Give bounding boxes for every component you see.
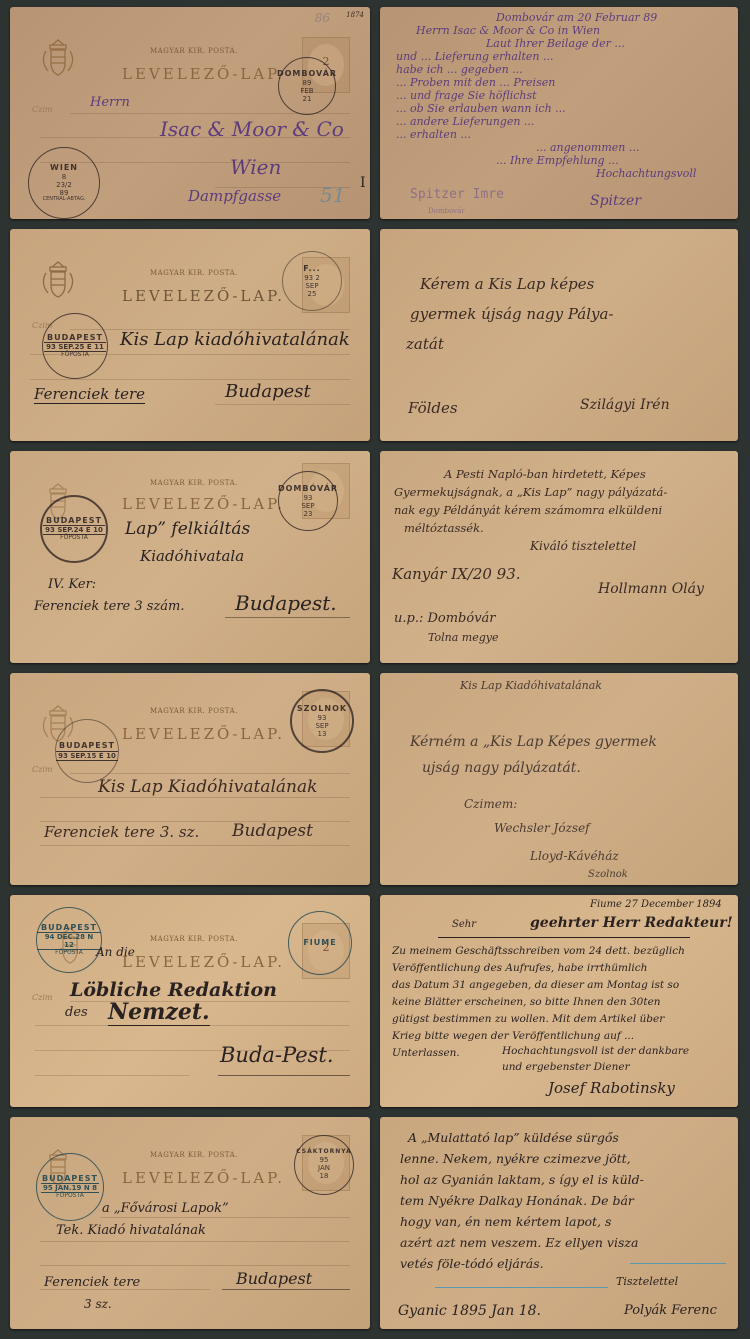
- address-street: Ferenciek tere 3. sz.: [44, 823, 199, 841]
- blue-underline: [435, 1287, 608, 1288]
- postmark-origin: CSÁKTORNYA 95 JAN 18: [294, 1135, 354, 1195]
- address-line: [100, 1217, 350, 1218]
- coat-of-arms-icon: [38, 37, 78, 81]
- postcard-4-back: Kis Lap Kiadóhivatalának Kérném a „Kis L…: [380, 673, 738, 885]
- title-levelezo-lap: LEVELEZŐ-LAP.: [122, 953, 285, 971]
- header-magyar-kir-posta: MAGYAR KIR. POSTA.: [150, 269, 238, 277]
- postcard-2-back: Kérem a Kis Lap képes gyermek újság nagy…: [380, 229, 738, 441]
- address-herrn: Herrn: [90, 95, 130, 110]
- message-text: A „Mulattató lap” küldése sürgős lenne. …: [400, 1127, 726, 1274]
- header-magyar-kir-posta: MAGYAR KIR. POSTA.: [150, 707, 238, 715]
- signature: Szilágyi Irén: [580, 397, 670, 413]
- address-newspaper: Nemzet.: [108, 999, 210, 1026]
- address-line: [225, 617, 350, 618]
- address-label: Czim: [32, 765, 52, 774]
- postmark-wien: WIEN 8 23/2 89 CENTRAL-ABTAG.: [28, 147, 100, 219]
- header-magyar-kir-posta: MAGYAR KIR. POSTA.: [150, 1151, 238, 1159]
- message-text: Kérném a „Kis Lap Képes gyermek ujság na…: [410, 729, 726, 781]
- closing: Tisztelettel: [616, 1275, 678, 1288]
- address-recipient: Löbliche Redaktion: [70, 979, 277, 1001]
- address-label: Czim: [32, 105, 52, 114]
- address-label: Czimem:: [464, 797, 517, 811]
- postcard-1-back: Dombovár am 20 Februar 89 Herrn Isac & M…: [380, 7, 738, 219]
- county: Tolna megye: [428, 631, 498, 644]
- postmark-szolnok: SZOLNOK 93 SEP 13: [290, 689, 354, 753]
- coat-of-arms-icon: [38, 259, 78, 303]
- house-number-pencil: 51: [320, 183, 345, 207]
- address-city: Budapest: [232, 821, 313, 841]
- address-recipient: Isac & Moor & Co: [160, 117, 344, 141]
- sender-rubber-stamp: Spitzer Imre: [410, 187, 504, 202]
- postmark-dombovar: DOMBÓVÁR 93 SEP 23: [278, 471, 338, 531]
- header-magyar-kir-posta: MAGYAR KIR. POSTA.: [150, 935, 238, 943]
- signature: Josef Rabotinsky: [548, 1079, 675, 1097]
- address-label: Czim: [32, 993, 52, 1002]
- salutation-prefix: Sehr: [452, 919, 476, 930]
- postcard-5-back: Fiume 27 December 1894 Sehr geehrter Her…: [380, 895, 738, 1107]
- salutation: geehrter Herr Redakteur!: [530, 915, 733, 931]
- sender-stamp-town: Dombovár: [428, 207, 465, 215]
- address-des: des: [65, 1005, 88, 1020]
- address-recipient: Tek. Kiadó hivatalának: [56, 1223, 206, 1238]
- sender-city: Szolnok: [588, 869, 628, 880]
- postcard-5-front: MAGYAR KIR. POSTA. LEVELEZŐ-LAP. 2 FIUME…: [10, 895, 370, 1107]
- corner-pencil: 86: [315, 11, 330, 25]
- postcard-3-front: MAGYAR KIR. POSTA. LEVELEZŐ-LAP. DOMBÓVÁ…: [10, 451, 370, 663]
- title-levelezo-lap: LEVELEZŐ-LAP.: [122, 495, 285, 513]
- postcard-1-front: MAGYAR KIR. POSTA. LEVELEZŐ-LAP. 2 1874 …: [10, 7, 370, 219]
- address-city: Budapest: [225, 381, 311, 402]
- address-street: Ferenciek tere: [34, 385, 145, 404]
- sender-place: Földes: [408, 399, 458, 417]
- sender-name: Wechsler József: [494, 821, 590, 835]
- header-magyar-kir-posta: MAGYAR KIR. POSTA.: [150, 47, 238, 55]
- message-text: Dombovár am 20 Februar 89 Herrn Isac & M…: [396, 11, 726, 180]
- postcard-6-back: A „Mulattató lap” küldése sürgős lenne. …: [380, 1117, 738, 1329]
- address-street: Dampfgasse: [188, 187, 281, 205]
- title-levelezo-lap: LEVELEZŐ-LAP.: [122, 725, 285, 743]
- address-newspaper: a „Fővárosi Lapok”: [102, 1201, 229, 1216]
- postmark-budapest: BUDAPEST 95 JAN.19 N 8 FŐPOSTA: [36, 1153, 104, 1221]
- blue-underline: [630, 1263, 726, 1264]
- address-line: [215, 404, 350, 405]
- title-levelezo-lap: LEVELEZŐ-LAP.: [122, 287, 285, 305]
- message-text: A Pesti Napló-ban hirdetett, Képes Gyerm…: [394, 465, 726, 537]
- address-prefix: An die: [96, 945, 135, 959]
- message-text: Kérem a Kis Lap képes gyermek újság nagy…: [420, 269, 726, 359]
- place-date: Gyanic 1895 Jan 18.: [398, 1303, 541, 1319]
- address-district: IV. Ker:: [48, 577, 96, 592]
- post-office: u.p.: Dombóvár: [394, 611, 496, 626]
- district-number: I: [360, 175, 366, 191]
- title-levelezo-lap: LEVELEZŐ-LAP.: [122, 65, 285, 83]
- sender-address: Lloyd-Kávéház: [530, 849, 619, 863]
- address-line: [40, 845, 350, 846]
- address-line-1: Lap” felkiáltás: [125, 519, 250, 539]
- corner-note: 1874: [346, 11, 364, 19]
- postcard-6-front: MAGYAR KIR. POSTA. LEVELEZŐ-LAP. CSÁKTOR…: [10, 1117, 370, 1329]
- address-number: 3 sz.: [84, 1297, 112, 1311]
- heading: Kis Lap Kiadóhivatalának: [460, 679, 602, 692]
- address-street: Ferenciek tere 3 szám.: [34, 599, 185, 614]
- address-street: Ferenciek tere: [44, 1275, 140, 1290]
- signature: Spitzer: [590, 193, 641, 209]
- postcard-3-back: A Pesti Napló-ban hirdetett, Képes Gyerm…: [380, 451, 738, 663]
- postmark-budapest: BUDAPEST 93 SEP.25 É 11 FŐPOSTA: [42, 313, 108, 379]
- address-line: [70, 773, 350, 774]
- closing-1: Hochachtungsvoll ist der dankbare: [502, 1045, 689, 1057]
- address-city: Budapest.: [235, 591, 337, 615]
- dateline: Fiume 27 December 1894: [590, 899, 722, 910]
- signature: Polyák Ferenc: [624, 1303, 717, 1318]
- address-line: [218, 1075, 350, 1076]
- address-line: [40, 1241, 350, 1242]
- salutation-underline: [438, 937, 690, 938]
- signature: Hollmann Oláy: [598, 581, 704, 597]
- address-line-2: Kiadóhivatala: [140, 547, 244, 565]
- postcard-2-front: MAGYAR KIR. POSTA. LEVELEZŐ-LAP. Czim F.…: [10, 229, 370, 441]
- postcard-4-front: MAGYAR KIR. POSTA. LEVELEZŐ-LAP. SZOLNOK…: [10, 673, 370, 885]
- header-magyar-kir-posta: MAGYAR KIR. POSTA.: [150, 479, 238, 487]
- address-city: Wien: [230, 155, 281, 179]
- postmark-budapest: BUDAPEST 93 SEP.24 É 10 FŐPOSTA: [40, 495, 108, 563]
- address-line: [35, 1075, 190, 1076]
- postmark-origin: F... 93 2 SEP 25: [282, 251, 342, 311]
- title-levelezo-lap: LEVELEZŐ-LAP.: [122, 1169, 285, 1187]
- address-city: Buda-Pest.: [220, 1043, 334, 1067]
- postmark-dombovar: DOMBOVÁR 89 FEB 21: [278, 57, 336, 115]
- address-city: Budapest: [236, 1269, 312, 1288]
- address-line: [40, 797, 350, 798]
- address-line: [222, 1289, 350, 1290]
- postmark-budapest: BUDAPEST 94 DEC.28 N 12 FŐPOSTA: [36, 907, 102, 973]
- address-line: [30, 379, 350, 380]
- address-recipient: Kis Lap Kiadóhivatalának: [98, 777, 317, 797]
- place-date: Kanyár IX/20 93.: [392, 565, 521, 583]
- address-recipient: Kis Lap kiadóhivatalának: [120, 329, 350, 350]
- closing: Kiváló tisztelettel: [530, 539, 636, 553]
- postmark-fiume: FIUME: [288, 911, 352, 975]
- closing-2: und ergebenster Diener: [502, 1061, 630, 1073]
- address-line: [40, 1265, 350, 1266]
